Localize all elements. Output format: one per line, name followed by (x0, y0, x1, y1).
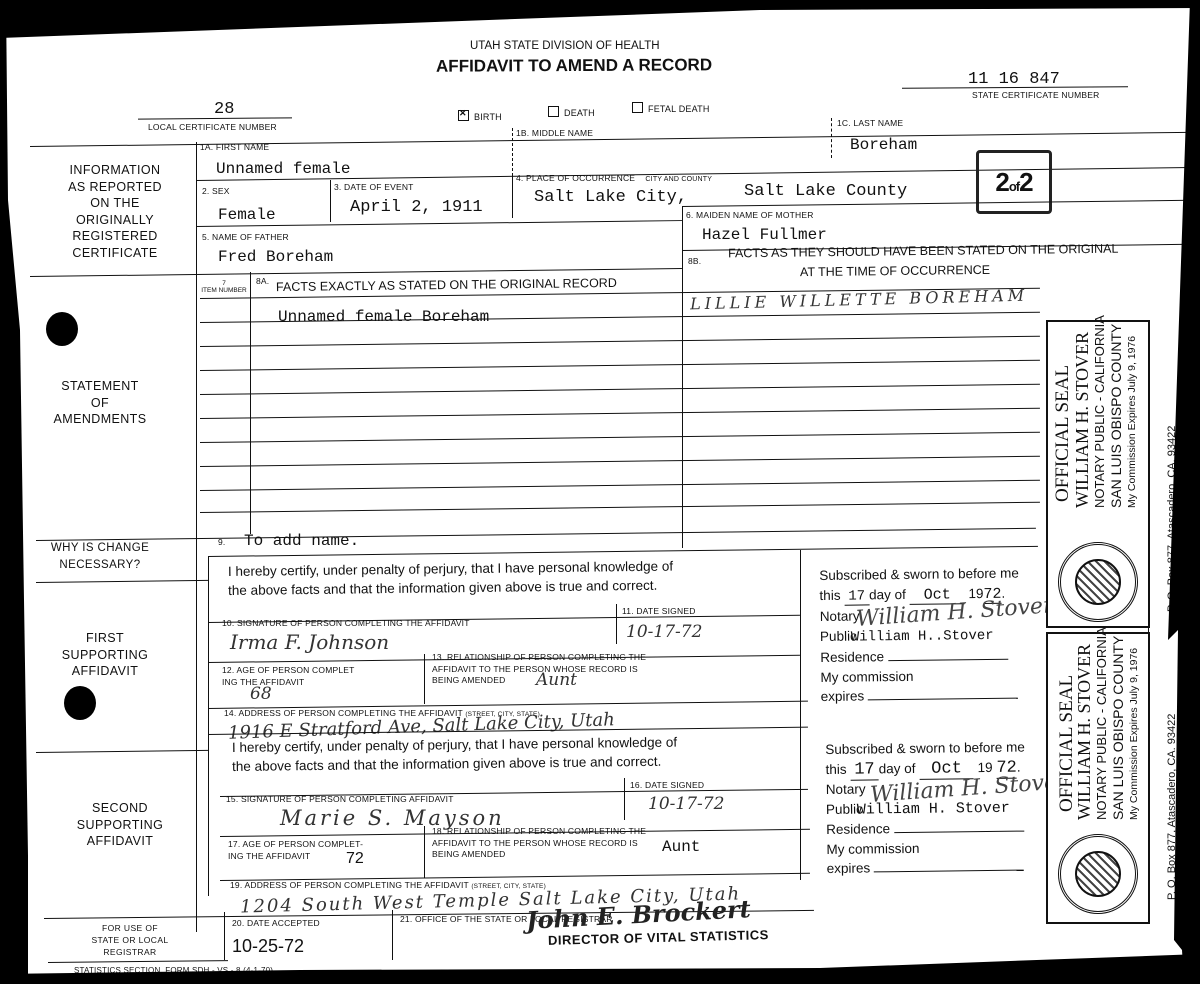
age-1-label: 12. AGE OF PERSON COMPLETING THE AFFIDAV… (222, 664, 355, 688)
page-stamp: 2of2 (976, 150, 1052, 214)
notary-block-2: Subscribed & sworn to before me this 17d… (825, 738, 1026, 879)
address-2-label: 19. ADDRESS OF PERSON COMPLETING THE AFF… (230, 880, 546, 890)
section-registrar: FOR USE OFSTATE OR LOCALREGISTRAR (80, 922, 180, 958)
notary-seal-2: OFFICIAL SEAL WILLIAM H. STOVER NOTARY P… (1046, 632, 1150, 924)
mother-label: 6. MAIDEN NAME OF MOTHER (686, 210, 814, 220)
father-value: Fred Boreham (218, 248, 333, 266)
relationship-1-value: Aunt (536, 670, 577, 690)
amendment-row-line (200, 480, 1040, 491)
notary-seal-1: OFFICIAL SEAL WILLIAM H. STOVER NOTARY P… (1046, 320, 1150, 628)
col-8b-num: 8B. (688, 256, 701, 266)
second-certify-text: I hereby certify, under penalty of perju… (232, 733, 678, 776)
punch-hole-icon (64, 686, 96, 720)
first-name-label: 1A. FIRST NAME (200, 142, 269, 152)
affidavit-document: UTAH STATE DIVISION OF HEALTH AFFIDAVIT … (0, 0, 1200, 984)
amendment-corrected-value: LILLIE WILLETTE BOREHAM (690, 286, 1029, 314)
why-value: To add name. (244, 532, 359, 550)
amendment-row-line (200, 502, 1040, 513)
age-2-value: 72 (346, 850, 364, 868)
last-name-label: 1C. LAST NAME (837, 118, 903, 128)
col-8a-num: 8A. (256, 276, 269, 286)
first-name-value: Unnamed female (216, 160, 350, 178)
col-8a-title: FACTS EXACTLY AS STATED ON THE ORIGINAL … (276, 276, 617, 294)
sex-value: Female (218, 206, 276, 224)
birth-label: BIRTH (474, 112, 502, 122)
california-seal-icon (1058, 834, 1138, 914)
amendment-original-value: Unnamed female Boreham (278, 308, 489, 326)
death-label: DEATH (564, 108, 595, 118)
last-name-value: Boreham (850, 136, 917, 154)
date-accepted-value: 10-25-72 (232, 936, 304, 957)
amendment-row-line (200, 456, 1040, 467)
fetal-death-label: FETAL DEATH (648, 104, 710, 114)
notary-block-1: Subscribed & sworn to before me this 17d… (819, 564, 1020, 707)
col-8b-title-2: AT THE TIME OF OCCURRENCE (800, 263, 990, 279)
father-label: 5. NAME OF FATHER (202, 232, 289, 242)
section-statement-of-amendments: STATEMENTOFAMENDMENTS (40, 378, 160, 428)
date-signed-1-value: 10-17-72 (626, 622, 702, 642)
date-signed-2-value: 10-17-72 (648, 794, 724, 814)
empty-box-icon (632, 102, 643, 113)
date-signed-2-label: 16. DATE SIGNED (630, 780, 704, 790)
state-certificate-label: STATE CERTIFICATE NUMBER (972, 90, 1099, 100)
date-of-event-label: 3. DATE OF EVENT (334, 182, 414, 192)
empty-box-icon (548, 106, 559, 117)
amendment-row-line (200, 336, 1040, 347)
age-1-value: 68 (250, 684, 272, 704)
place-label: 4. PLACE OF OCCURRENCE CITY AND COUNTY (516, 173, 712, 183)
relationship-2-label: 18. RELATIONSHIP OF PERSON COMPLETING TH… (432, 826, 646, 861)
why-num: 9. (218, 537, 226, 547)
punch-hole-icon (46, 312, 78, 346)
date-of-event-value: April 2, 1911 (350, 198, 483, 217)
checkbox-fetal-death[interactable]: FETAL DEATH (632, 102, 710, 114)
section-why-change: WHY IS CHANGENECESSARY? (40, 540, 160, 574)
relationship-2-value: Aunt (662, 838, 700, 856)
section-original-certificate: INFORMATIONAS REPORTEDON THE ORIGINALLYR… (40, 162, 190, 261)
signature-2-label: 15. SIGNATURE OF PERSON COMPLETING AFFID… (226, 794, 454, 804)
first-certify-text: I hereby certify, under penalty of perju… (228, 557, 674, 600)
form-title: AFFIDAVIT TO AMEND A RECORD (436, 55, 712, 76)
amendment-row-line (200, 408, 1040, 419)
date-signed-1-label: 11. DATE SIGNED (622, 606, 696, 616)
place-city-value: Salt Lake City, (534, 188, 687, 207)
checkbox-birth[interactable]: BIRTH (458, 110, 502, 122)
amendment-row-line (200, 384, 1040, 395)
signature-1-value: Irma F. Johnson (230, 630, 389, 654)
amendment-row-line (200, 432, 1040, 443)
checked-box-icon (458, 110, 469, 121)
date-accepted-label: 20. DATE ACCEPTED (232, 918, 320, 928)
agency-name: UTAH STATE DIVISION OF HEALTH (470, 40, 660, 52)
california-seal-icon (1058, 542, 1138, 622)
section-first-affidavit: FIRSTSUPPORTINGAFFIDAVIT (40, 630, 170, 680)
sex-label: 2. SEX (202, 186, 230, 196)
signature-1-label: 10. SIGNATURE OF PERSON COMPLETING THE A… (222, 618, 470, 628)
mother-value: Hazel Fullmer (702, 226, 827, 244)
local-certificate-number: 28 (214, 100, 234, 119)
place-county-value: Salt Lake County (744, 182, 907, 201)
age-2-label: 17. AGE OF PERSON COMPLET-ING THE AFFIDA… (228, 838, 363, 862)
local-certificate-label: LOCAL CERTIFICATE NUMBER (148, 122, 277, 132)
middle-name-label: 1B. MIDDLE NAME (516, 128, 593, 138)
amendment-row-line (200, 360, 1040, 371)
item-number-label: 7ITEM NUMBER (200, 280, 248, 294)
col-8b-title-1: FACTS AS THEY SHOULD HAVE BEEN STATED ON… (728, 242, 1119, 261)
section-second-affidavit: SECONDSUPPORTINGAFFIDAVIT (60, 800, 180, 850)
checkbox-death[interactable]: DEATH (548, 106, 595, 118)
